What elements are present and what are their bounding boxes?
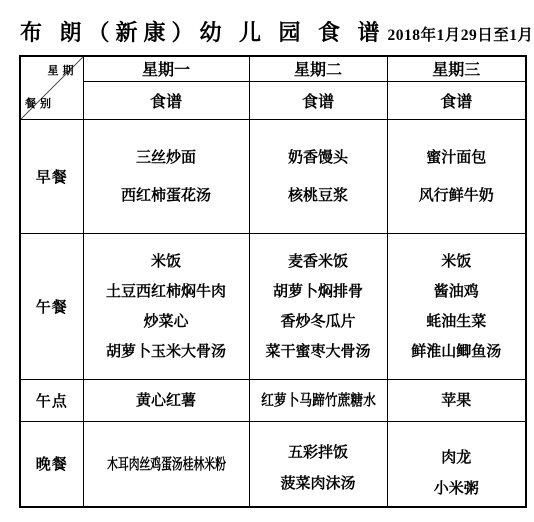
dish-list: 蜜汁面包 风行鲜牛奶: [388, 147, 526, 205]
dish-list: 麦香米饭 胡萝卜焖排骨 香炒冬瓜片 菜干蜜枣大骨汤: [250, 251, 387, 362]
dinner-monday-cell: 木耳肉丝鸡蛋汤桂林米粉: [83, 421, 249, 507]
dish-item: 香炒冬瓜片: [281, 311, 356, 331]
dish-list: 黄心红薯: [84, 390, 249, 410]
dish-list: 肉龙 小米粥: [388, 430, 526, 499]
dish-item: 肉龙: [441, 447, 471, 467]
dinner-wednesday-cell: 肉龙 小米粥: [387, 421, 526, 507]
snack-wednesday-cell: 苹果: [387, 379, 526, 421]
breakfast-row: 早餐 三丝炒面 西红柿蛋花汤 奶香馒头 核桃豆浆 蜜汁面包 风行鲜牛奶: [20, 119, 526, 233]
dish-item: 木耳肉丝鸡蛋汤桂林米粉: [107, 454, 226, 474]
dish-item: 胡萝卜玉米大骨汤: [106, 341, 226, 361]
dish-item: 五彩拌饭: [288, 442, 348, 462]
menu-table: 星期 餐别 星期一 星期二 星期三 食谱 食谱 食谱 早餐 三丝炒面 西红柿蛋花…: [19, 55, 527, 508]
dish-list: 五彩拌饭 菠菜肉沫汤: [250, 435, 387, 494]
dish-item: 米饭: [441, 251, 471, 271]
snack-monday-cell: 黄心红薯: [83, 379, 249, 421]
day-header-tuesday: 星期二: [249, 56, 387, 81]
dish-item: 酱油鸡: [434, 281, 479, 301]
dish-list: 米饭 土豆西红柿焖牛肉 炒菜心 胡萝卜玉米大骨汤: [84, 251, 249, 362]
lunch-tuesday-cell: 麦香米饭 胡萝卜焖排骨 香炒冬瓜片 菜干蜜枣大骨汤: [249, 233, 387, 379]
snack-tuesday-cell: 红萝卜马蹄竹蔗糖水: [249, 379, 387, 421]
subheader-tuesday: 食谱: [249, 81, 387, 119]
day-header-row: 星期 餐别 星期一 星期二 星期三: [20, 56, 526, 81]
dinner-tuesday-cell: 五彩拌饭 菠菜肉沫汤: [249, 421, 387, 507]
dish-list: 苹果: [388, 390, 526, 410]
dinner-row: 晚餐 木耳肉丝鸡蛋汤桂林米粉 五彩拌饭 菠菜肉沫汤 肉龙 小米粥: [20, 421, 526, 507]
dish-item: 胡萝卜焖排骨: [273, 281, 363, 301]
dish-item: 炒菜心: [144, 311, 189, 331]
dish-item: 小米粥: [434, 478, 479, 498]
dish-item: 土豆西红柿焖牛肉: [106, 281, 226, 301]
dish-item: 苹果: [441, 390, 471, 410]
dish-list: 红萝卜马蹄竹蔗糖水: [250, 390, 387, 410]
date-range: 2018年1月29日至1月31日: [388, 23, 534, 45]
dish-item: 菠菜肉沫汤: [281, 473, 356, 493]
page-title: 布 朗（新康）幼 儿 园 食 谱 2018年1月29日至1月31日: [20, 16, 530, 47]
dish-item: 菜干蜜枣大骨汤: [266, 341, 371, 361]
menu-page: 布 朗（新康）幼 儿 园 食 谱 2018年1月29日至1月31日 星期 餐别 …: [0, 0, 534, 522]
subheader-wednesday: 食谱: [387, 81, 526, 119]
dish-item: 鲜淮山鲫鱼汤: [411, 341, 501, 361]
lunch-monday-cell: 米饭 土豆西红柿焖牛肉 炒菜心 胡萝卜玉米大骨汤: [83, 233, 249, 379]
meal-label-lunch: 午餐: [20, 233, 83, 379]
dish-item: 西红柿蛋花汤: [121, 185, 211, 205]
breakfast-wednesday-cell: 蜜汁面包 风行鲜牛奶: [387, 119, 526, 233]
corner-cell: 星期 餐别: [20, 56, 83, 119]
corner-week-label: 星期: [48, 62, 78, 78]
day-header-wednesday: 星期三: [387, 56, 526, 81]
subheader-row: 食谱 食谱 食谱: [20, 81, 526, 119]
dish-list: 三丝炒面 西红柿蛋花汤: [84, 147, 249, 205]
dish-list: 奶香馒头 核桃豆浆: [250, 147, 387, 205]
dish-item: 米饭: [151, 251, 181, 271]
subheader-monday: 食谱: [83, 81, 249, 119]
dish-item: 蚝油生菜: [426, 311, 486, 331]
dish-item: 红萝卜马蹄竹蔗糖水: [261, 390, 376, 410]
dish-item: 麦香米饭: [288, 251, 348, 271]
dish-item: 奶香馒头: [288, 147, 348, 167]
meal-label-dinner: 晚餐: [20, 421, 83, 507]
dish-item: 核桃豆浆: [288, 185, 348, 205]
breakfast-tuesday-cell: 奶香馒头 核桃豆浆: [249, 119, 387, 233]
day-header-monday: 星期一: [83, 56, 249, 81]
lunch-wednesday-cell: 米饭 酱油鸡 蚝油生菜 鲜淮山鲫鱼汤: [387, 233, 526, 379]
dish-item: 风行鲜牛奶: [419, 185, 494, 205]
dish-item: 三丝炒面: [136, 147, 196, 167]
meal-label-breakfast: 早餐: [20, 119, 83, 233]
dish-list: 木耳肉丝鸡蛋汤桂林米粉: [84, 454, 249, 474]
kindergarten-title: 布 朗（新康）幼 儿 园 食 谱: [20, 16, 386, 47]
dish-list: 米饭 酱油鸡 蚝油生菜 鲜淮山鲫鱼汤: [388, 251, 526, 362]
dish-item: 蜜汁面包: [426, 147, 486, 167]
meal-label-snack: 午点: [20, 379, 83, 421]
breakfast-monday-cell: 三丝炒面 西红柿蛋花汤: [83, 119, 249, 233]
dish-item: 黄心红薯: [136, 390, 196, 410]
corner-meal-label: 餐别: [25, 95, 55, 111]
snack-row: 午点 黄心红薯 红萝卜马蹄竹蔗糖水 苹果: [20, 379, 526, 421]
lunch-row: 午餐 米饭 土豆西红柿焖牛肉 炒菜心 胡萝卜玉米大骨汤 麦香米饭 胡萝卜焖排骨 …: [20, 233, 526, 379]
